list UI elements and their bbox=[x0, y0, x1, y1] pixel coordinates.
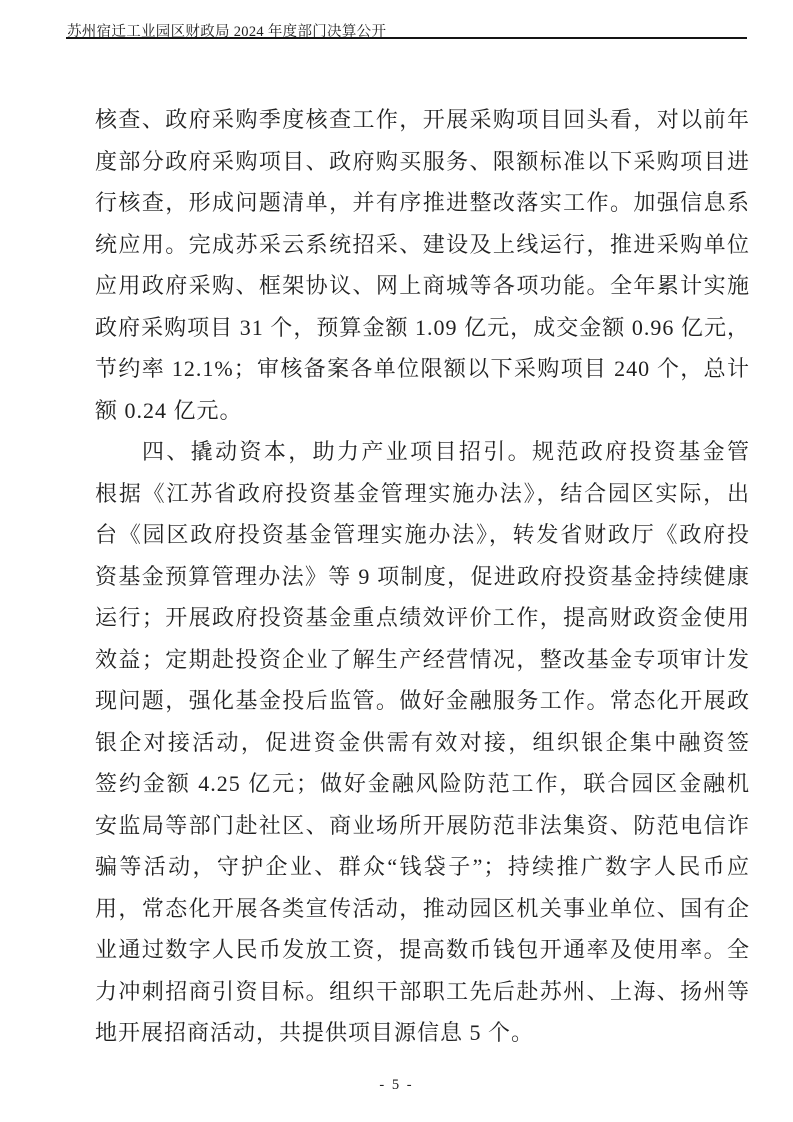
page-number: - 5 - bbox=[0, 1077, 793, 1094]
body-line: 地开展招商活动，共提供项目源信息 5 个。 bbox=[95, 1012, 750, 1054]
body-line: 骗等活动，守护企业、群众“钱袋子”；持续推广数字人民币应 bbox=[95, 846, 750, 888]
body-line: 行核查，形成问题清单，并有序推进整改落实工作。加强信息系 bbox=[95, 182, 750, 224]
body-line: 力冲刺招商引资目标。组织干部职工先后赴苏州、上海、扬州等 bbox=[95, 971, 750, 1013]
body-line: 现问题，强化基金投后监管。做好金融服务工作。常态化开展政 bbox=[95, 680, 750, 722]
body-line: 业通过数字人民币发放工资，提高数币钱包开通率及使用率。全 bbox=[95, 929, 750, 971]
body-line: 资基金预算管理办法》等 9 项制度，促进政府投资基金持续健康 bbox=[95, 556, 750, 598]
body-line: 应用政府采购、框架协议、网上商城等各项功能。全年累计实施 bbox=[95, 265, 750, 307]
body-line: 政府采购项目 31 个，预算金额 1.09 亿元，成交金额 0.96 亿元， bbox=[95, 307, 750, 349]
body-line: 核查、政府采购季度核查工作，开展采购项目回头看，对以前年 bbox=[95, 99, 750, 141]
body-line: 效益；定期赴投资企业了解生产经营情况，整改基金专项审计发 bbox=[95, 639, 750, 681]
document-page: 苏州宿迁工业园区财政局 2024 年度部门决算公开 核查、政府采购季度核查工作，… bbox=[0, 0, 793, 1122]
body-line: 额 0.24 亿元。 bbox=[95, 390, 750, 432]
body-line: 银企对接活动，促进资金供需有效对接，组织银企集中融资签约， bbox=[95, 722, 750, 764]
body-line: 四、撬动资本，助力产业项目招引。规范政府投资基金管理。 bbox=[95, 431, 750, 473]
document-body: 核查、政府采购季度核查工作，开展采购项目回头看，对以前年度部分政府采购项目、政府… bbox=[95, 99, 750, 1054]
body-line: 安监局等部门赴社区、商业场所开展防范非法集资、防范电信诈 bbox=[95, 805, 750, 847]
body-line: 签约金额 4.25 亿元；做好金融风险防范工作，联合园区金融机构、 bbox=[95, 763, 750, 805]
body-line: 运行；开展政府投资基金重点绩效评价工作，提高财政资金使用 bbox=[95, 597, 750, 639]
header-rule bbox=[66, 37, 747, 39]
body-line: 统应用。完成苏采云系统招采、建设及上线运行，推进采购单位 bbox=[95, 224, 750, 266]
body-line: 用，常态化开展各类宣传活动，推动园区机关事业单位、国有企 bbox=[95, 888, 750, 930]
body-line: 台《园区政府投资基金管理实施办法》，转发省财政厅《政府投 bbox=[95, 514, 750, 556]
body-line: 度部分政府采购项目、政府购买服务、限额标准以下采购项目进 bbox=[95, 141, 750, 183]
body-line: 根据《江苏省政府投资基金管理实施办法》，结合园区实际，出 bbox=[95, 473, 750, 515]
body-line: 节约率 12.1%；审核备案各单位限额以下采购项目 240 个，总计金 bbox=[95, 348, 750, 390]
